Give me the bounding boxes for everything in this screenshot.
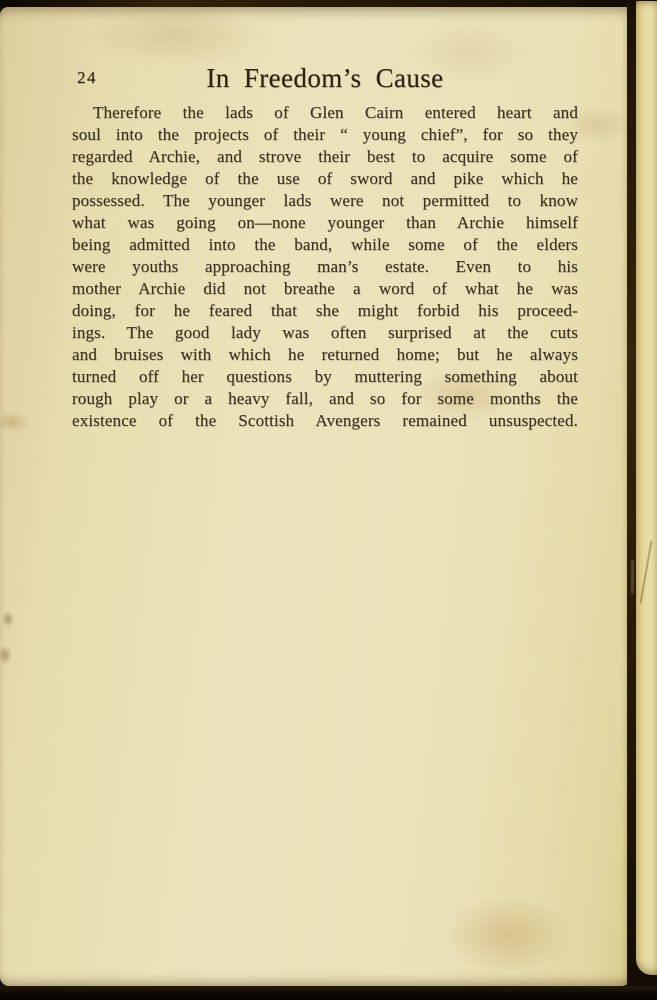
book-page: 24 In Freedom’s Cause Therefore the lads… xyxy=(0,7,630,986)
text-line: being admitted into the band, while some… xyxy=(72,234,578,256)
text-line: doing, for he feared that she might forb… xyxy=(72,300,578,322)
text-line: rough play or a heavy fall, and so for s… xyxy=(72,388,578,410)
text-line: existence of the Scottish Avengers remai… xyxy=(72,410,578,432)
text-line: were youths approaching man’s estate. Ev… xyxy=(72,256,578,278)
text-line: the knowledge of the use of sword and pi… xyxy=(72,168,578,190)
text-line: possessed. The younger lads were not per… xyxy=(72,190,578,212)
text-line: what was going on—none younger than Arch… xyxy=(72,212,578,234)
text-line: Therefore the lads of Glen Cairn entered… xyxy=(72,102,578,124)
book-scan: 24 In Freedom’s Cause Therefore the lads… xyxy=(0,0,657,1000)
page-title: In Freedom’s Cause xyxy=(72,63,578,94)
book-edge-bottom xyxy=(0,986,657,1000)
page-edge-nick xyxy=(631,560,634,594)
text-line: ings. The good lady was often surprised … xyxy=(72,322,578,344)
text-line: and bruises with which he returned home;… xyxy=(72,344,578,366)
book-edge-top xyxy=(0,0,657,7)
text-line: regarded Archie, and strove their best t… xyxy=(72,146,578,168)
text-line: soul into the projects of their “ young … xyxy=(72,124,578,146)
text-line: turned off her questions by muttering so… xyxy=(72,366,578,388)
adjacent-page-edge xyxy=(636,1,657,975)
text-line: mother Archie did not breathe a word of … xyxy=(72,278,578,300)
body-text: Therefore the lads of Glen Cairn entered… xyxy=(72,102,578,432)
page-header: 24 In Freedom’s Cause xyxy=(72,49,578,95)
